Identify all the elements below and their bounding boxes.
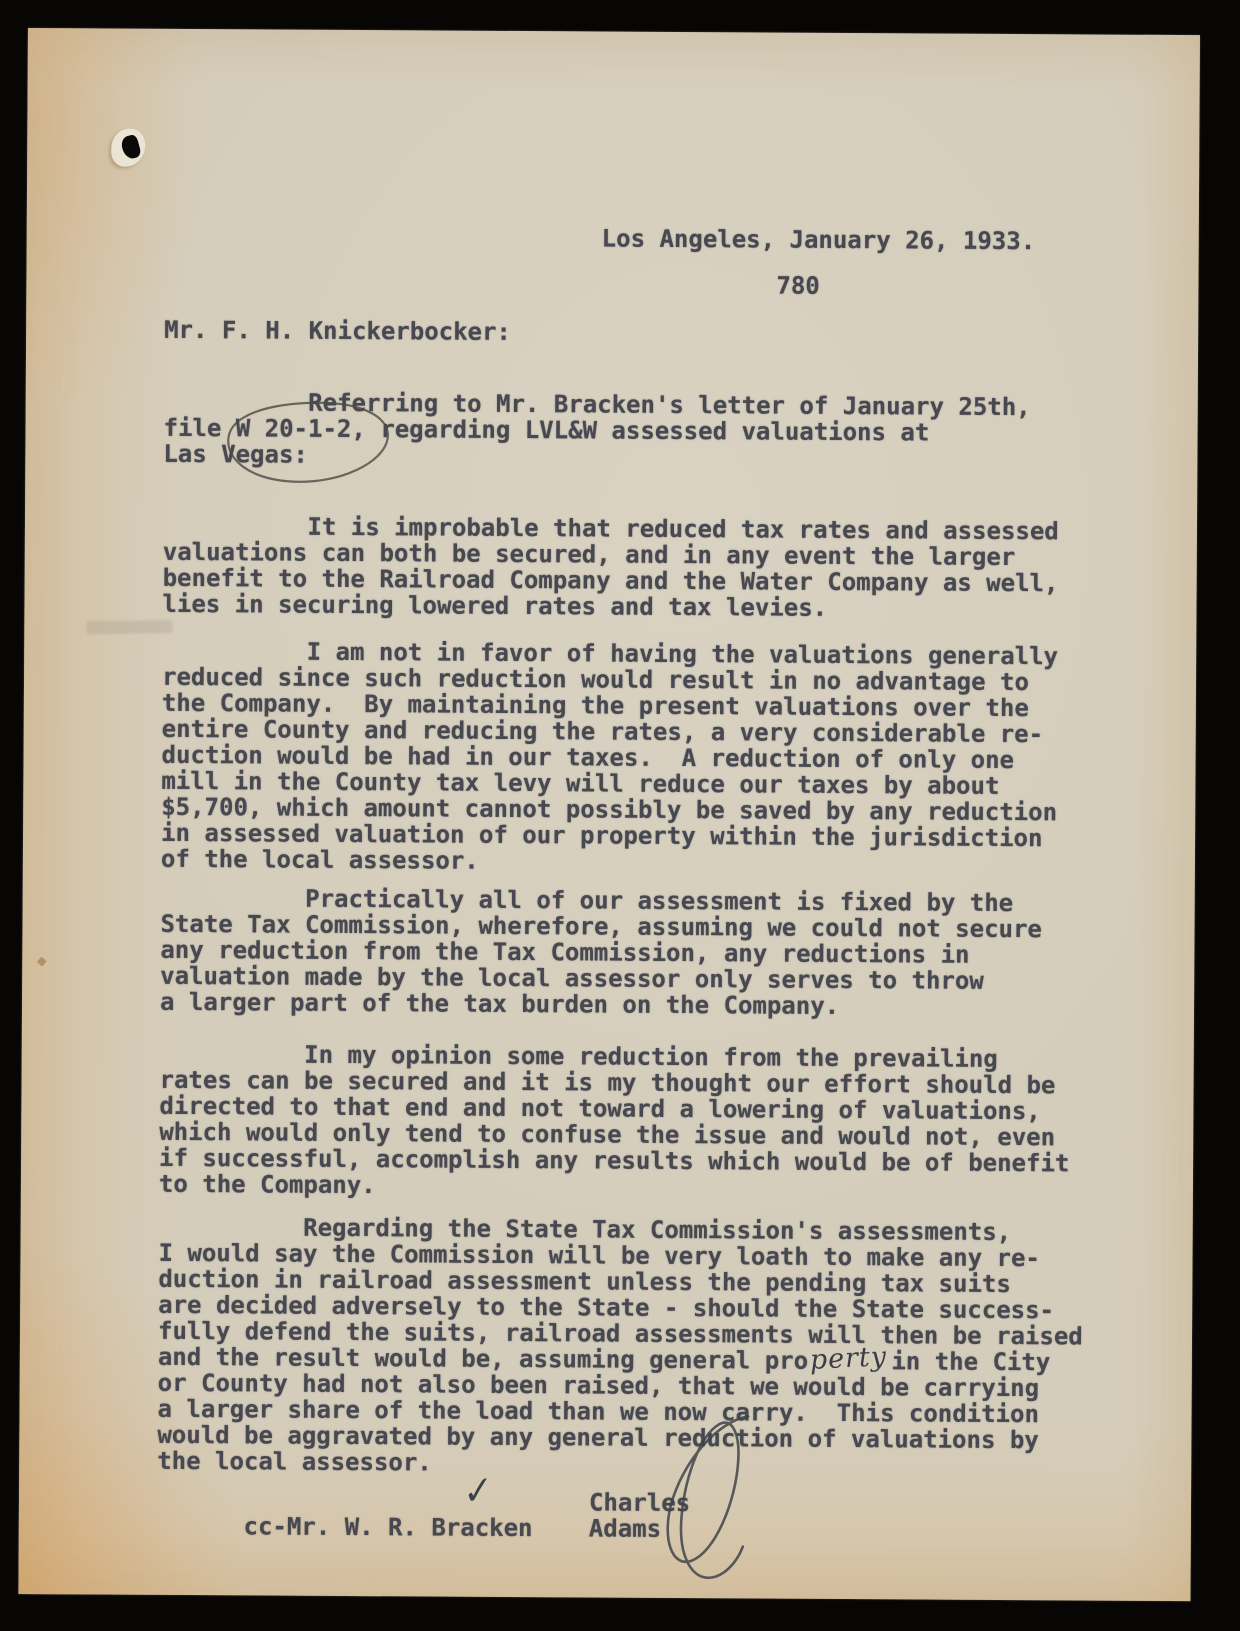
signature-scribble [625, 1395, 785, 1599]
paragraph-reference: Referring to Mr. Bracken's letter of Jan… [163, 389, 1030, 472]
paragraph-commission: Regarding the State Tax Commission's ass… [157, 1214, 1083, 1480]
punch-hole-tear [111, 129, 145, 167]
letter-page: Los Angeles, January 26, 1933. 780 Mr. F… [18, 28, 1200, 1601]
punch-hole [120, 134, 142, 161]
paragraph-opinion: In my opinion some reduction from the pr… [159, 1041, 1070, 1203]
cc-line: cc-Mr. W. R. Bracken [243, 1512, 532, 1542]
ink-smudge [86, 620, 172, 634]
salutation: Mr. F. H. Knickerbocker: [164, 317, 511, 345]
date-line: Los Angeles, January 26, 1933. [602, 226, 1036, 255]
letter-body: Los Angeles, January 26, 1933. 780 Mr. F… [156, 221, 1144, 1597]
paragraph-improbable: It is improbable that reduced tax rates … [162, 513, 1058, 622]
footer-row: cc-Mr. W. R. Bracken ✓ Charles Adams [156, 1487, 532, 1619]
checkmark-icon: ✓ [463, 1476, 493, 1508]
paper-speck [37, 957, 47, 967]
file-number: 780 [776, 273, 820, 299]
paragraph-assessment: Practically all of our assessment is fix… [160, 885, 1042, 1020]
paragraph-valuations: I am not in favor of having the valuatio… [161, 638, 1058, 877]
handwritten-correction: perty [809, 1344, 887, 1374]
